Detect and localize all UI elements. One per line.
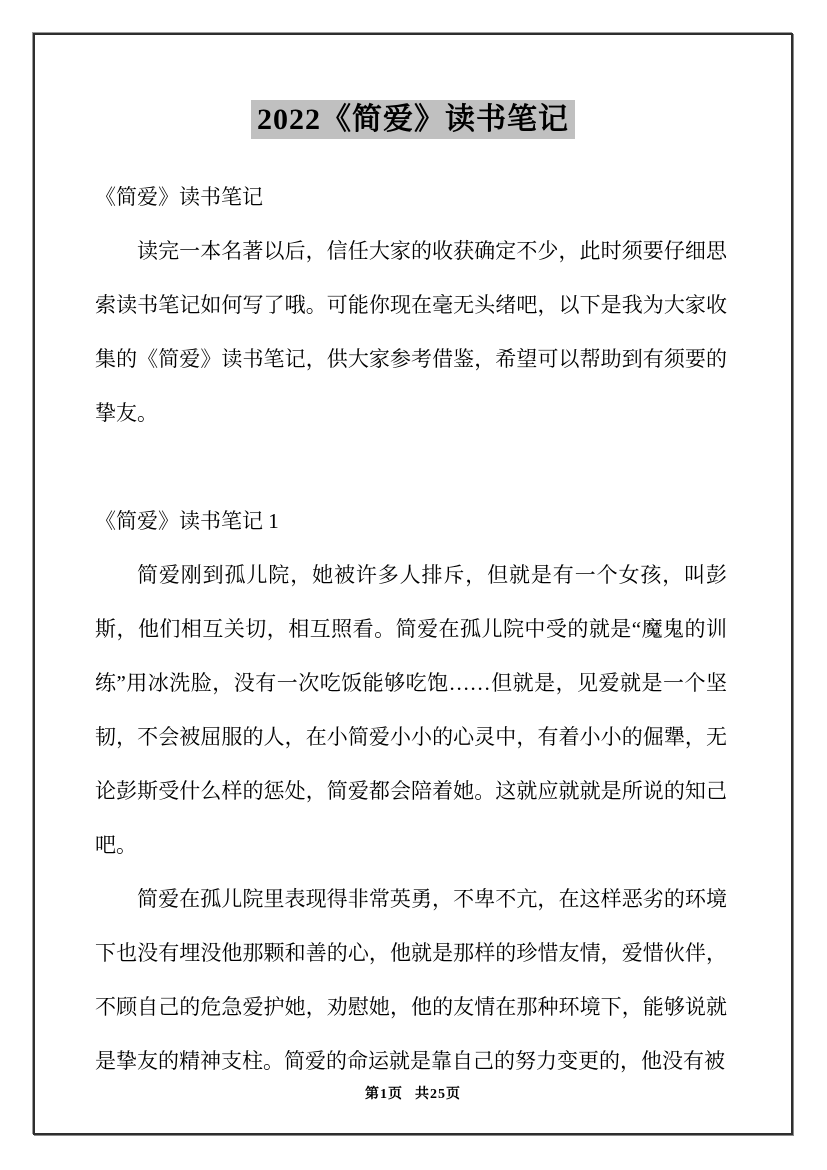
section-heading: 《简爱》读书笔记 1: [95, 494, 727, 548]
document-canvas: 2022《简爱》读书笔记 《简爱》读书笔记 读完一本名著以后，信任大家的收获确定…: [0, 0, 827, 1170]
document-subtitle: 《简爱》读书笔记: [95, 170, 727, 224]
page-total: 共25页: [415, 1087, 461, 1102]
body-paragraph-2: 简爱在孤儿院里表现得非常英勇，不卑不亢，在这样恶劣的环境下也没有埋没他那颗和善的…: [95, 872, 727, 1088]
page-border: 2022《简爱》读书笔记 《简爱》读书笔记 读完一本名著以后，信任大家的收获确定…: [33, 33, 793, 1135]
intro-paragraph: 读完一本名著以后，信任大家的收获确定不少，此时须要仔细思索读书笔记如何写了哦。可…: [95, 224, 727, 440]
page-footer: 第1页共25页: [35, 1083, 791, 1103]
body-paragraph-1: 简爱刚到孤儿院，她被许多人排斥，但就是有一个女孩，叫彭斯，他们相互关切，相互照看…: [95, 548, 727, 872]
document-title: 2022《简爱》读书笔记: [35, 100, 791, 140]
title-highlight: 2022《简爱》读书笔记: [251, 100, 575, 139]
document-body: 《简爱》读书笔记 读完一本名著以后，信任大家的收获确定不少，此时须要仔细思索读书…: [95, 170, 727, 1088]
page-number: 第1页: [365, 1087, 403, 1102]
